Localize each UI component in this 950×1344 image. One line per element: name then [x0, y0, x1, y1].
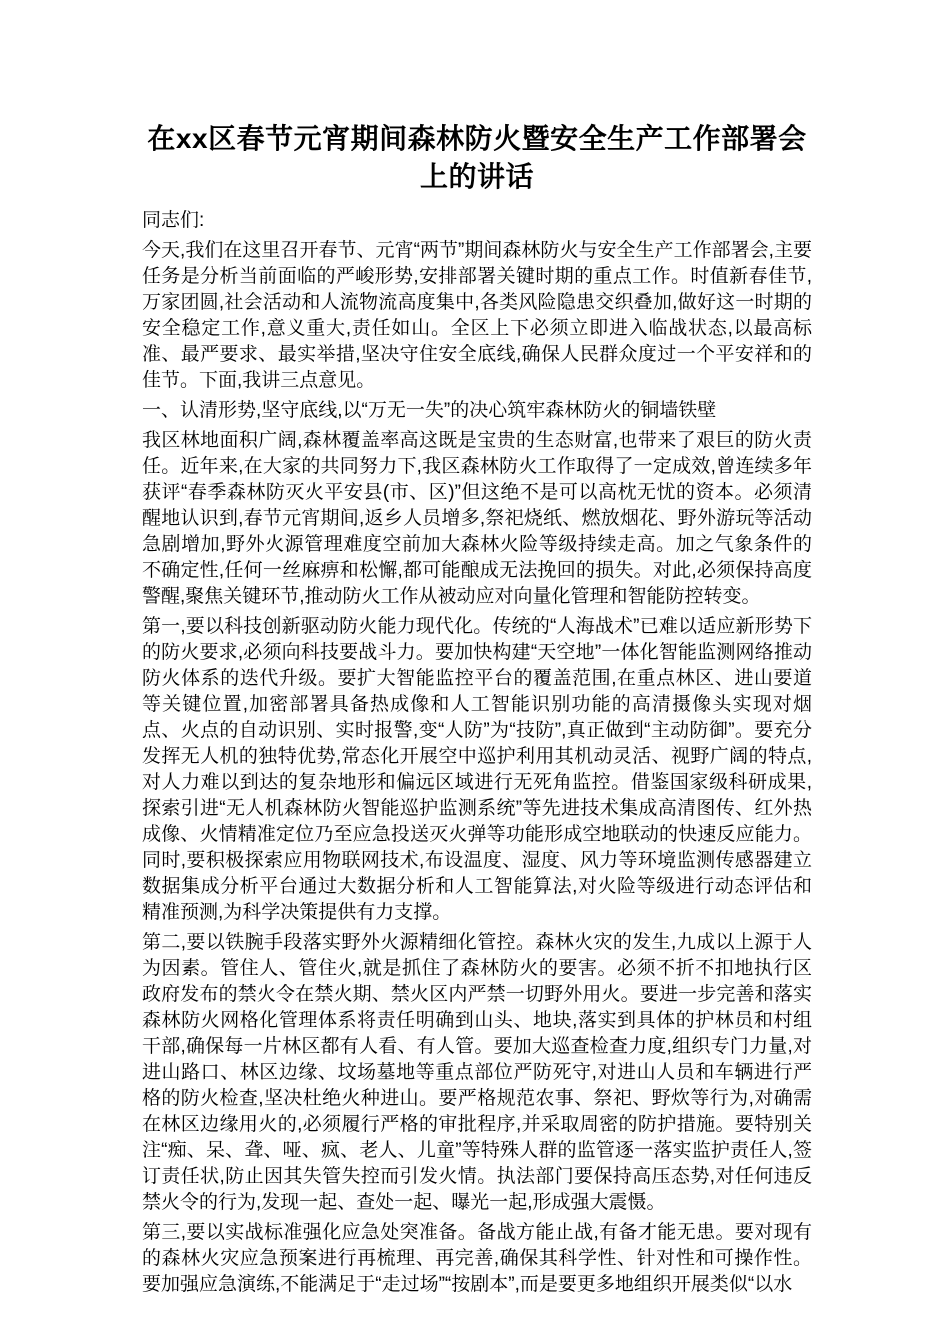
- document-page: { "colors": { "text": "#000000", "backgr…: [0, 0, 950, 1344]
- document-title: 在xx区春节元宵期间森林防火暨安全生产工作部署会上的讲话: [142, 120, 812, 196]
- paragraph-point-2: 第二,要以铁腕手段落实野外火源精细化管控。森林火灾的发生,九成以上源于人为因素。…: [142, 930, 812, 1216]
- section-heading-1: 一、认清形势,坚守底线,以“万无一失”的决心筑牢森林防火的铜墙铁壁: [142, 398, 812, 424]
- salutation: 同志们:: [142, 208, 812, 234]
- paragraph-point-1: 第一,要以科技创新驱动防火能力现代化。传统的“人海战术”已难以适应新形势下的防火…: [142, 614, 812, 926]
- document-body: 在xx区春节元宵期间森林防火暨安全生产工作部署会上的讲话 同志们: 今天,我们在…: [142, 0, 812, 1302]
- paragraph-opening: 今天,我们在这里召开春节、元宵“两节”期间森林防火与安全生产工作部署会,主要任务…: [142, 238, 812, 394]
- paragraph-situation: 我区林地面积广阔,森林覆盖率高这既是宝贵的生态财富,也带来了艰巨的防火责任。近年…: [142, 428, 812, 610]
- paragraph-point-3-truncated: 第三,要以实战标准强化应急处突准备。备战方能止战,有备才能无患。要对现有的森林火…: [142, 1220, 812, 1298]
